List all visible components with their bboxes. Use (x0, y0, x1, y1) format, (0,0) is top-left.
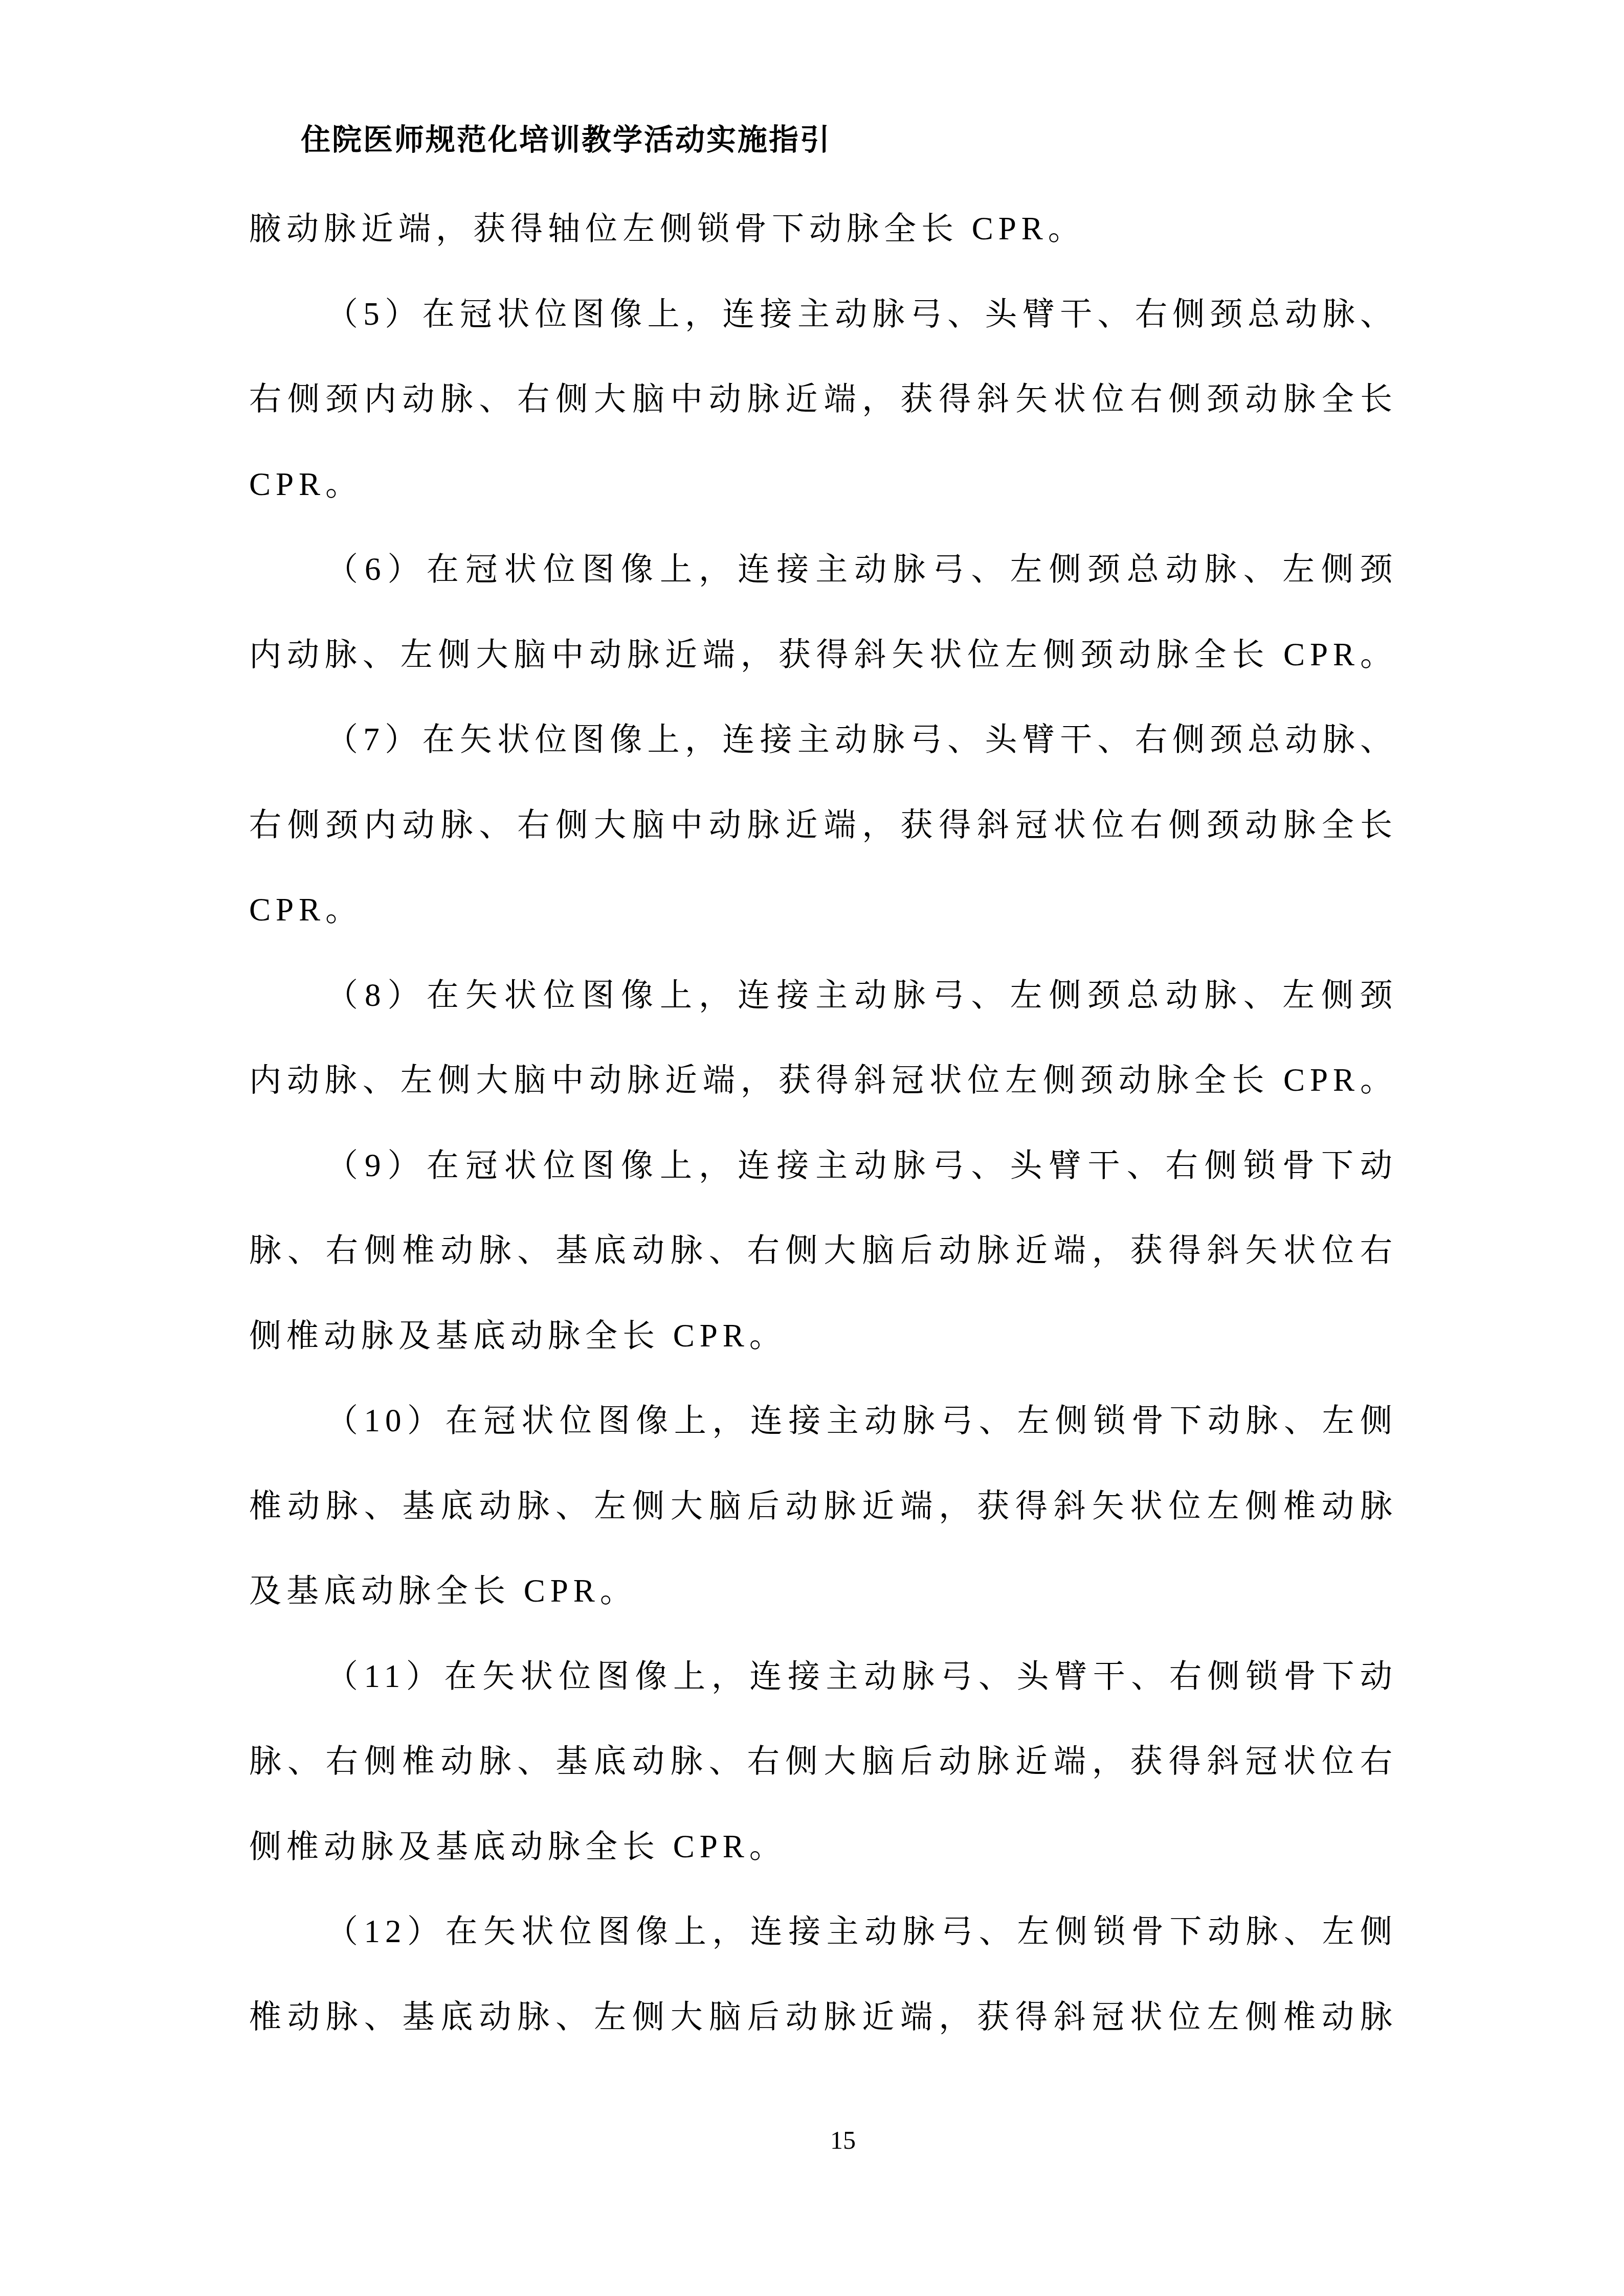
text-line: （5）在冠状位图像上，连接主动脉弓、头臂干、右侧颈总动脉、 (249, 272, 1397, 357)
text-line: （10）在冠状位图像上，连接主动脉弓、左侧锁骨下动脉、左侧 (249, 1378, 1397, 1464)
text-line: （11）在矢状位图像上，连接主动脉弓、头臂干、右侧锁骨下动 (249, 1634, 1397, 1719)
text-line: （6）在冠状位图像上，连接主动脉弓、左侧颈总动脉、左侧颈 (249, 527, 1397, 612)
page-number: 15 (0, 2125, 1624, 2155)
text-line: （7）在矢状位图像上，连接主动脉弓、头臂干、右侧颈总动脉、 (249, 697, 1397, 782)
text-line: 侧椎动脉及基底动脉全长 CPR。 (249, 1804, 1397, 1889)
text-line: 右侧颈内动脉、右侧大脑中动脉近端，获得斜矢状位右侧颈动脉全长 (249, 356, 1397, 442)
document-header-title: 住院医师规范化培训教学活动实施指引 (301, 116, 831, 159)
text-line: 内动脉、左侧大脑中动脉近端，获得斜矢状位左侧颈动脉全长 CPR。 (249, 612, 1397, 697)
document-body: 腋动脉近端，获得轴位左侧锁骨下动脉全长 CPR。 （5）在冠状位图像上，连接主动… (249, 186, 1397, 2059)
text-line: 及基底动脉全长 CPR。 (249, 1548, 1397, 1634)
paragraph-item-8: （8）在矢状位图像上，连接主动脉弓、左侧颈总动脉、左侧颈 内动脉、左侧大脑中动脉… (249, 953, 1397, 1123)
text-line: 脉、右侧椎动脉、基底动脉、右侧大脑后动脉近端，获得斜冠状位右 (249, 1719, 1397, 1804)
text-line: 椎动脉、基底动脉、左侧大脑后动脉近端，获得斜冠状位左侧椎动脉 (249, 1974, 1397, 2060)
text-line: 侧椎动脉及基底动脉全长 CPR。 (249, 1293, 1397, 1379)
text-line: 脉、右侧椎动脉、基底动脉、右侧大脑后动脉近端，获得斜矢状位右 (249, 1208, 1397, 1293)
paragraph-item-9: （9）在冠状位图像上，连接主动脉弓、头臂干、右侧锁骨下动 脉、右侧椎动脉、基底动… (249, 1123, 1397, 1379)
paragraph-item-12: （12）在矢状位图像上，连接主动脉弓、左侧锁骨下动脉、左侧 椎动脉、基底动脉、左… (249, 1889, 1397, 2059)
text-line: （12）在矢状位图像上，连接主动脉弓、左侧锁骨下动脉、左侧 (249, 1889, 1397, 1974)
paragraph-continuation: 腋动脉近端，获得轴位左侧锁骨下动脉全长 CPR。 (249, 186, 1397, 272)
text-line: 腋动脉近端，获得轴位左侧锁骨下动脉全长 CPR。 (249, 186, 1397, 272)
paragraph-item-10: （10）在冠状位图像上，连接主动脉弓、左侧锁骨下动脉、左侧 椎动脉、基底动脉、左… (249, 1378, 1397, 1634)
text-line: 内动脉、左侧大脑中动脉近端，获得斜冠状位左侧颈动脉全长 CPR。 (249, 1038, 1397, 1123)
paragraph-item-5: （5）在冠状位图像上，连接主动脉弓、头臂干、右侧颈总动脉、 右侧颈内动脉、右侧大… (249, 272, 1397, 527)
paragraph-item-11: （11）在矢状位图像上，连接主动脉弓、头臂干、右侧锁骨下动 脉、右侧椎动脉、基底… (249, 1634, 1397, 1889)
text-line: CPR。 (249, 442, 1397, 527)
text-line: 椎动脉、基底动脉、左侧大脑后动脉近端，获得斜矢状位左侧椎动脉 (249, 1464, 1397, 1549)
document-page: 住院医师规范化培训教学活动实施指引 腋动脉近端，获得轴位左侧锁骨下动脉全长 CP… (0, 0, 1624, 2296)
text-line: （8）在矢状位图像上，连接主动脉弓、左侧颈总动脉、左侧颈 (249, 953, 1397, 1038)
text-line: 右侧颈内动脉、右侧大脑中动脉近端，获得斜冠状位右侧颈动脉全长 (249, 782, 1397, 868)
text-line: （9）在冠状位图像上，连接主动脉弓、头臂干、右侧锁骨下动 (249, 1123, 1397, 1208)
paragraph-item-6: （6）在冠状位图像上，连接主动脉弓、左侧颈总动脉、左侧颈 内动脉、左侧大脑中动脉… (249, 527, 1397, 697)
text-line: CPR。 (249, 867, 1397, 953)
paragraph-item-7: （7）在矢状位图像上，连接主动脉弓、头臂干、右侧颈总动脉、 右侧颈内动脉、右侧大… (249, 697, 1397, 953)
